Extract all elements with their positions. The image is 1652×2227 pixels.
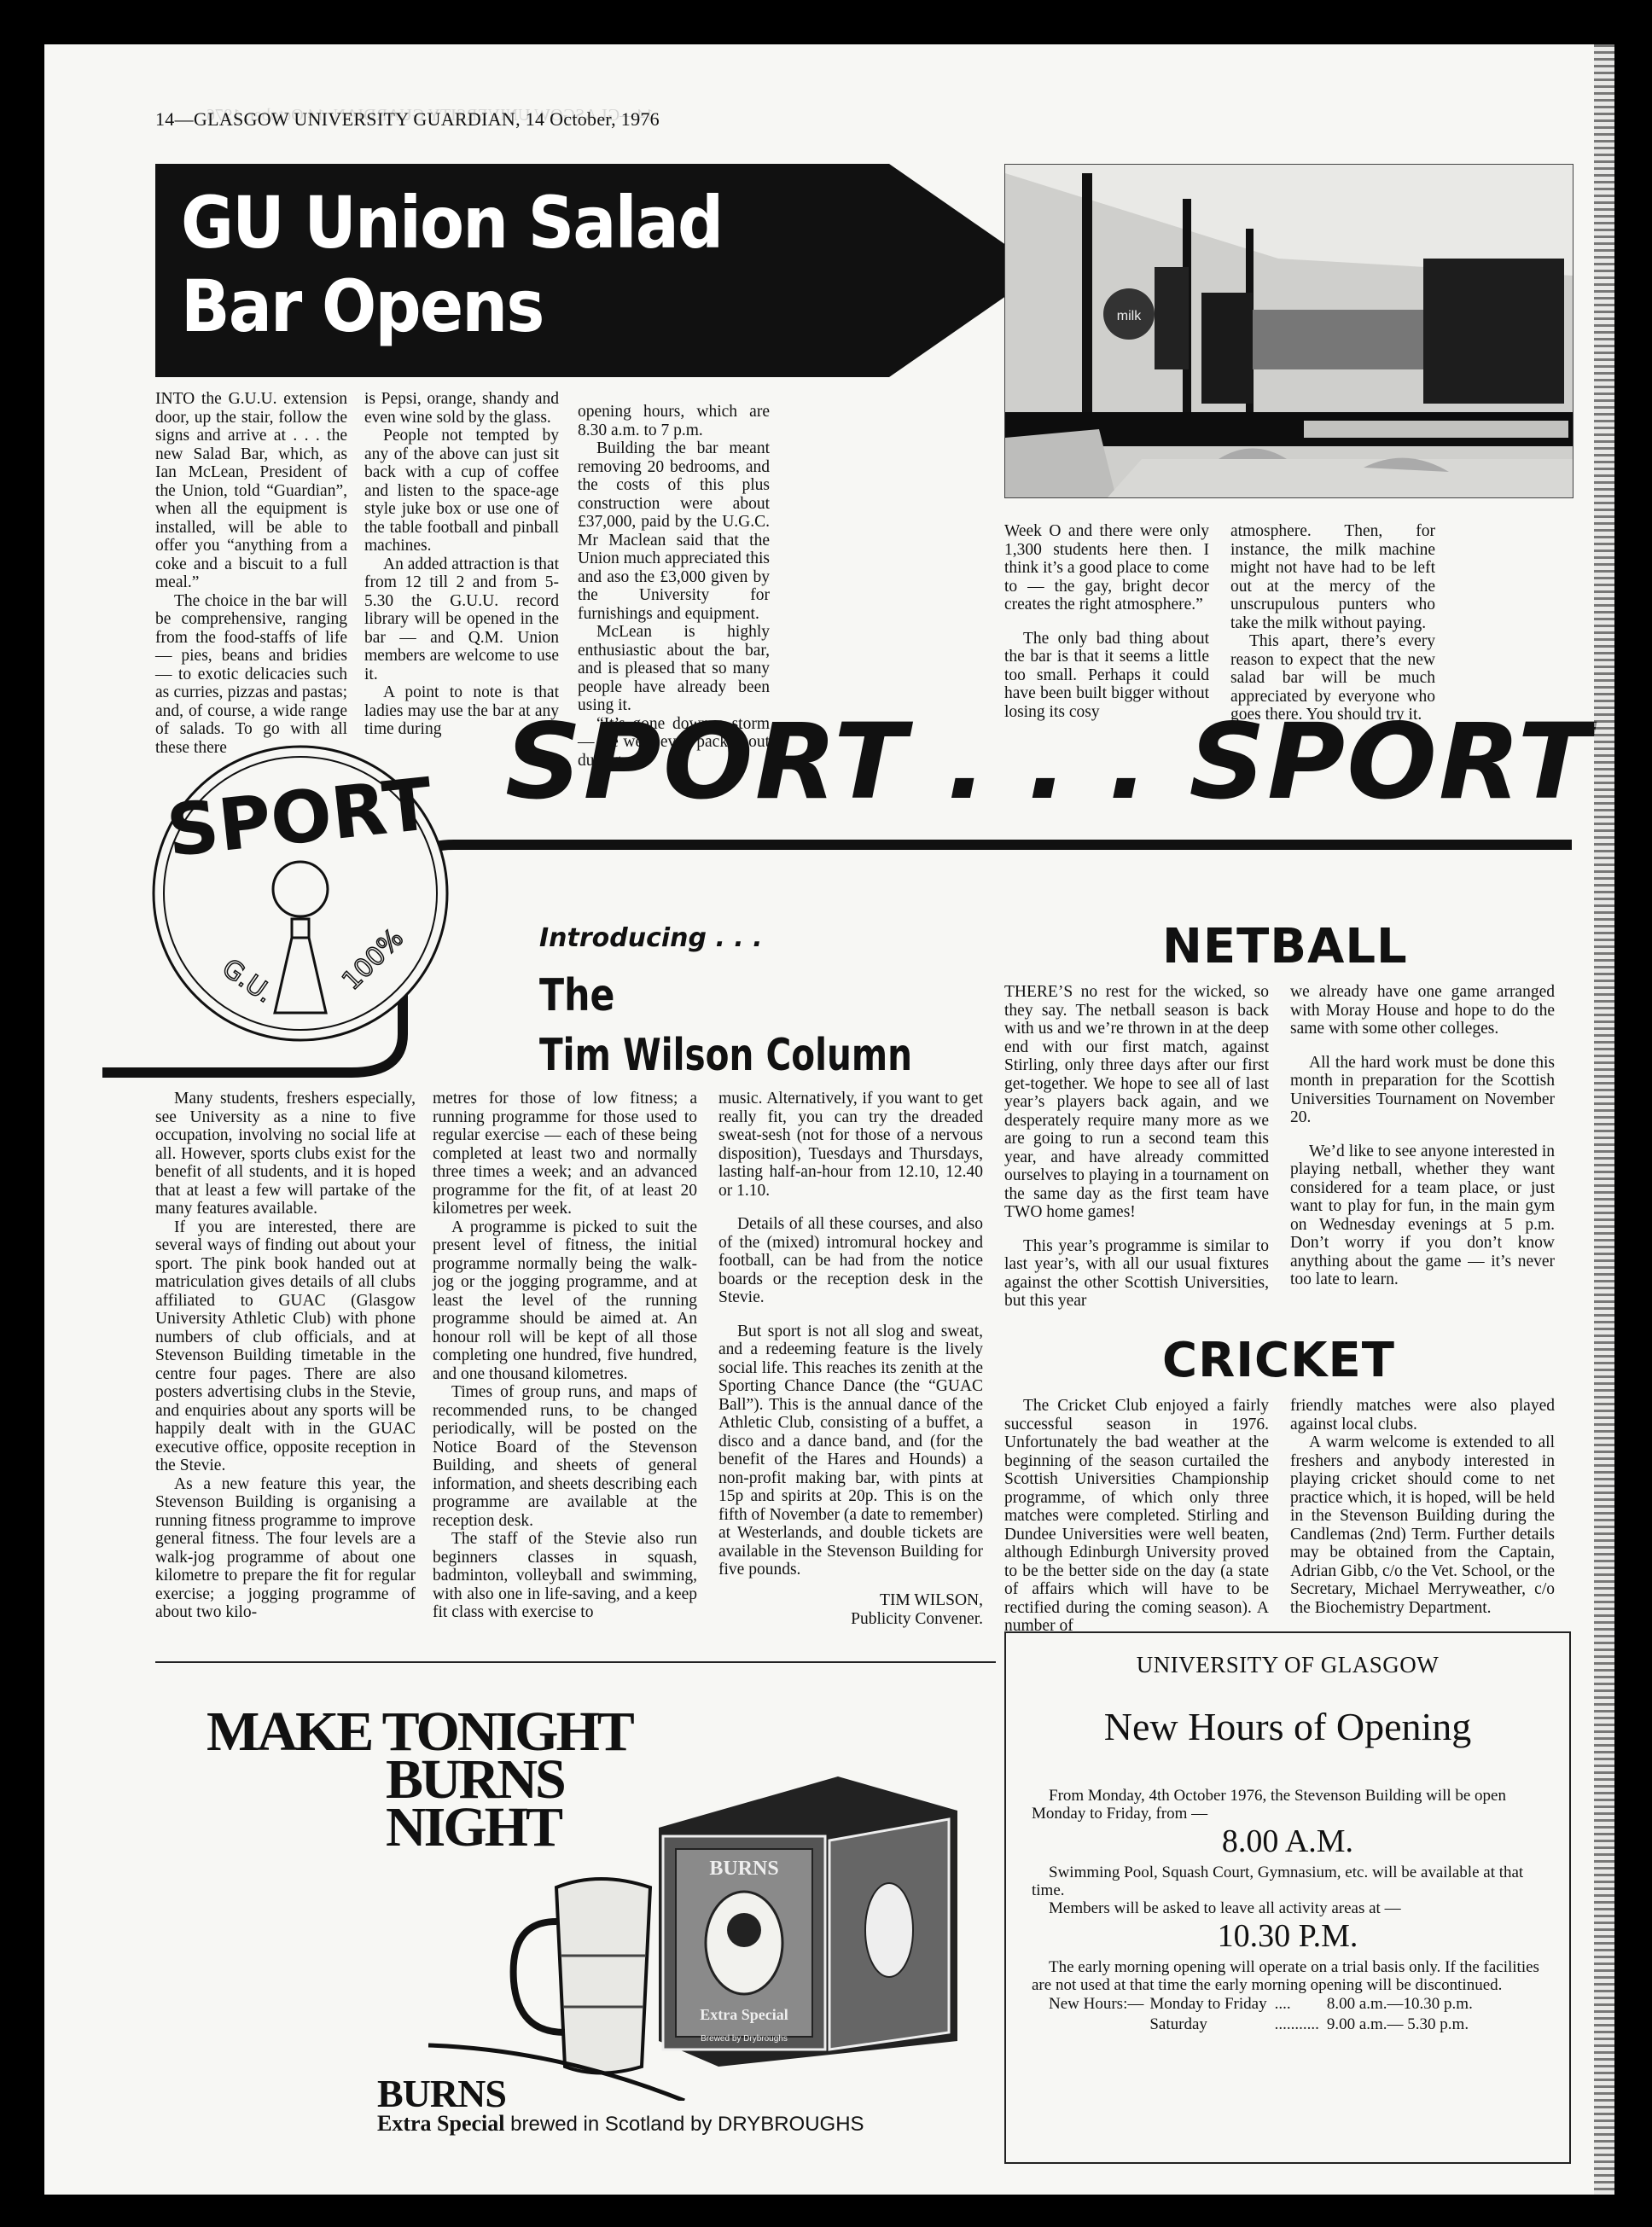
sport-logo-badge: SPORT G.U. 100% — [147, 740, 454, 1047]
tim-wilson-column-2: metres for those of low fitness; a runni… — [433, 1090, 697, 1622]
hours-row: New Hours:— Monday to Friday .... 8.00 a… — [1049, 1994, 1474, 2015]
salad-bar-column-5: atmosphere. Then, for instance, the milk… — [1230, 522, 1435, 724]
hours-ad-close-time: 10.30 P.M. — [1006, 1917, 1569, 1955]
hours-ad-org: UNIVERSITY OF GLASGOW — [1006, 1652, 1569, 1678]
hours-ad-open-time: 8.00 A.M. — [1006, 1823, 1569, 1860]
hours-ad-trial: The early morning opening will operate o… — [1032, 1958, 1554, 1994]
tim-wilson-column-3: music. Alternatively, if you want to get… — [718, 1090, 983, 1629]
hours-table: New Hours:— Monday to Friday .... 8.00 a… — [1049, 1994, 1474, 2035]
svg-text:milk: milk — [1117, 309, 1142, 323]
salad-bar-headline: GU Union Salad Bar Opens — [181, 181, 795, 348]
netball-column-2: we already have one game arranged with M… — [1290, 983, 1555, 1289]
burns-brand: BURNS — [377, 2071, 506, 2116]
netball-heading: NETBALL — [1162, 919, 1408, 974]
tim-wilson-column-1: Many students, freshers especially, see … — [155, 1090, 416, 1622]
svg-text:Extra Special: Extra Special — [700, 2006, 788, 2023]
hours-ad-facilities: Swimming Pool, Squash Court, Gymnasium, … — [1032, 1864, 1554, 1899]
salad-bar-column-1: INTO the G.U.U. extension door, up the s… — [155, 390, 347, 757]
salad-bar-column-2: is Pepsi, orange, shandy and even wine s… — [364, 390, 559, 739]
section-divider — [155, 1661, 996, 1663]
salad-bar-column-4: Week O and there were only 1,300 student… — [1004, 522, 1209, 721]
salad-bar-photo: milk — [1004, 164, 1573, 498]
hours-ad-title: New Hours of Opening — [1006, 1704, 1569, 1749]
signature: TIM WILSON, Publicity Convener. — [718, 1591, 983, 1629]
tim-wilson-title: Tim Wilson Column — [539, 1030, 912, 1081]
hours-ad-intro: From Monday, 4th October 1976, the Steve… — [1032, 1787, 1554, 1823]
opening-hours-ad: UNIVERSITY OF GLASGOW New Hours of Openi… — [1004, 1631, 1571, 2164]
svg-text:Brewed by Drybroughs: Brewed by Drybroughs — [701, 2034, 788, 2044]
cricket-column-1: The Cricket Club enjoyed a fairly succes… — [1004, 1397, 1269, 1636]
scan-edge-strip — [1594, 44, 1614, 2195]
tim-wilson-kicker: Introducing . . . — [539, 923, 763, 953]
masthead: 14—GLASGOW UNIVERSITY GUARDIAN, 14 Octob… — [155, 108, 660, 131]
burns-ad-illustration: BURNS Extra Special Brewed by Drybroughs — [428, 1759, 957, 2101]
cricket-column-2: friendly matches were also played agains… — [1290, 1397, 1555, 1617]
netball-column-1: THERE’S no rest for the wicked, so they … — [1004, 983, 1269, 1311]
burns-tagline: Extra Special brewed in Scotland by DRYB… — [377, 2111, 864, 2137]
hours-row: Saturday ........... 9.00 a.m.— 5.30 p.m… — [1049, 2015, 1474, 2035]
svg-text:BURNS: BURNS — [709, 1858, 778, 1880]
cricket-heading: CRICKET — [1162, 1333, 1395, 1388]
photo-illustration: milk — [1005, 165, 1573, 497]
hours-ad-leave: Members will be asked to leave all activ… — [1049, 1899, 1554, 1917]
sport-banner: SPORT . . . SPORT — [505, 701, 1591, 823]
tim-wilson-title-the: The — [539, 970, 614, 1021]
newspaper-page: 14—GLASGOW UNIVERSITY GUARDIAN, 14 Octob… — [44, 44, 1614, 2195]
